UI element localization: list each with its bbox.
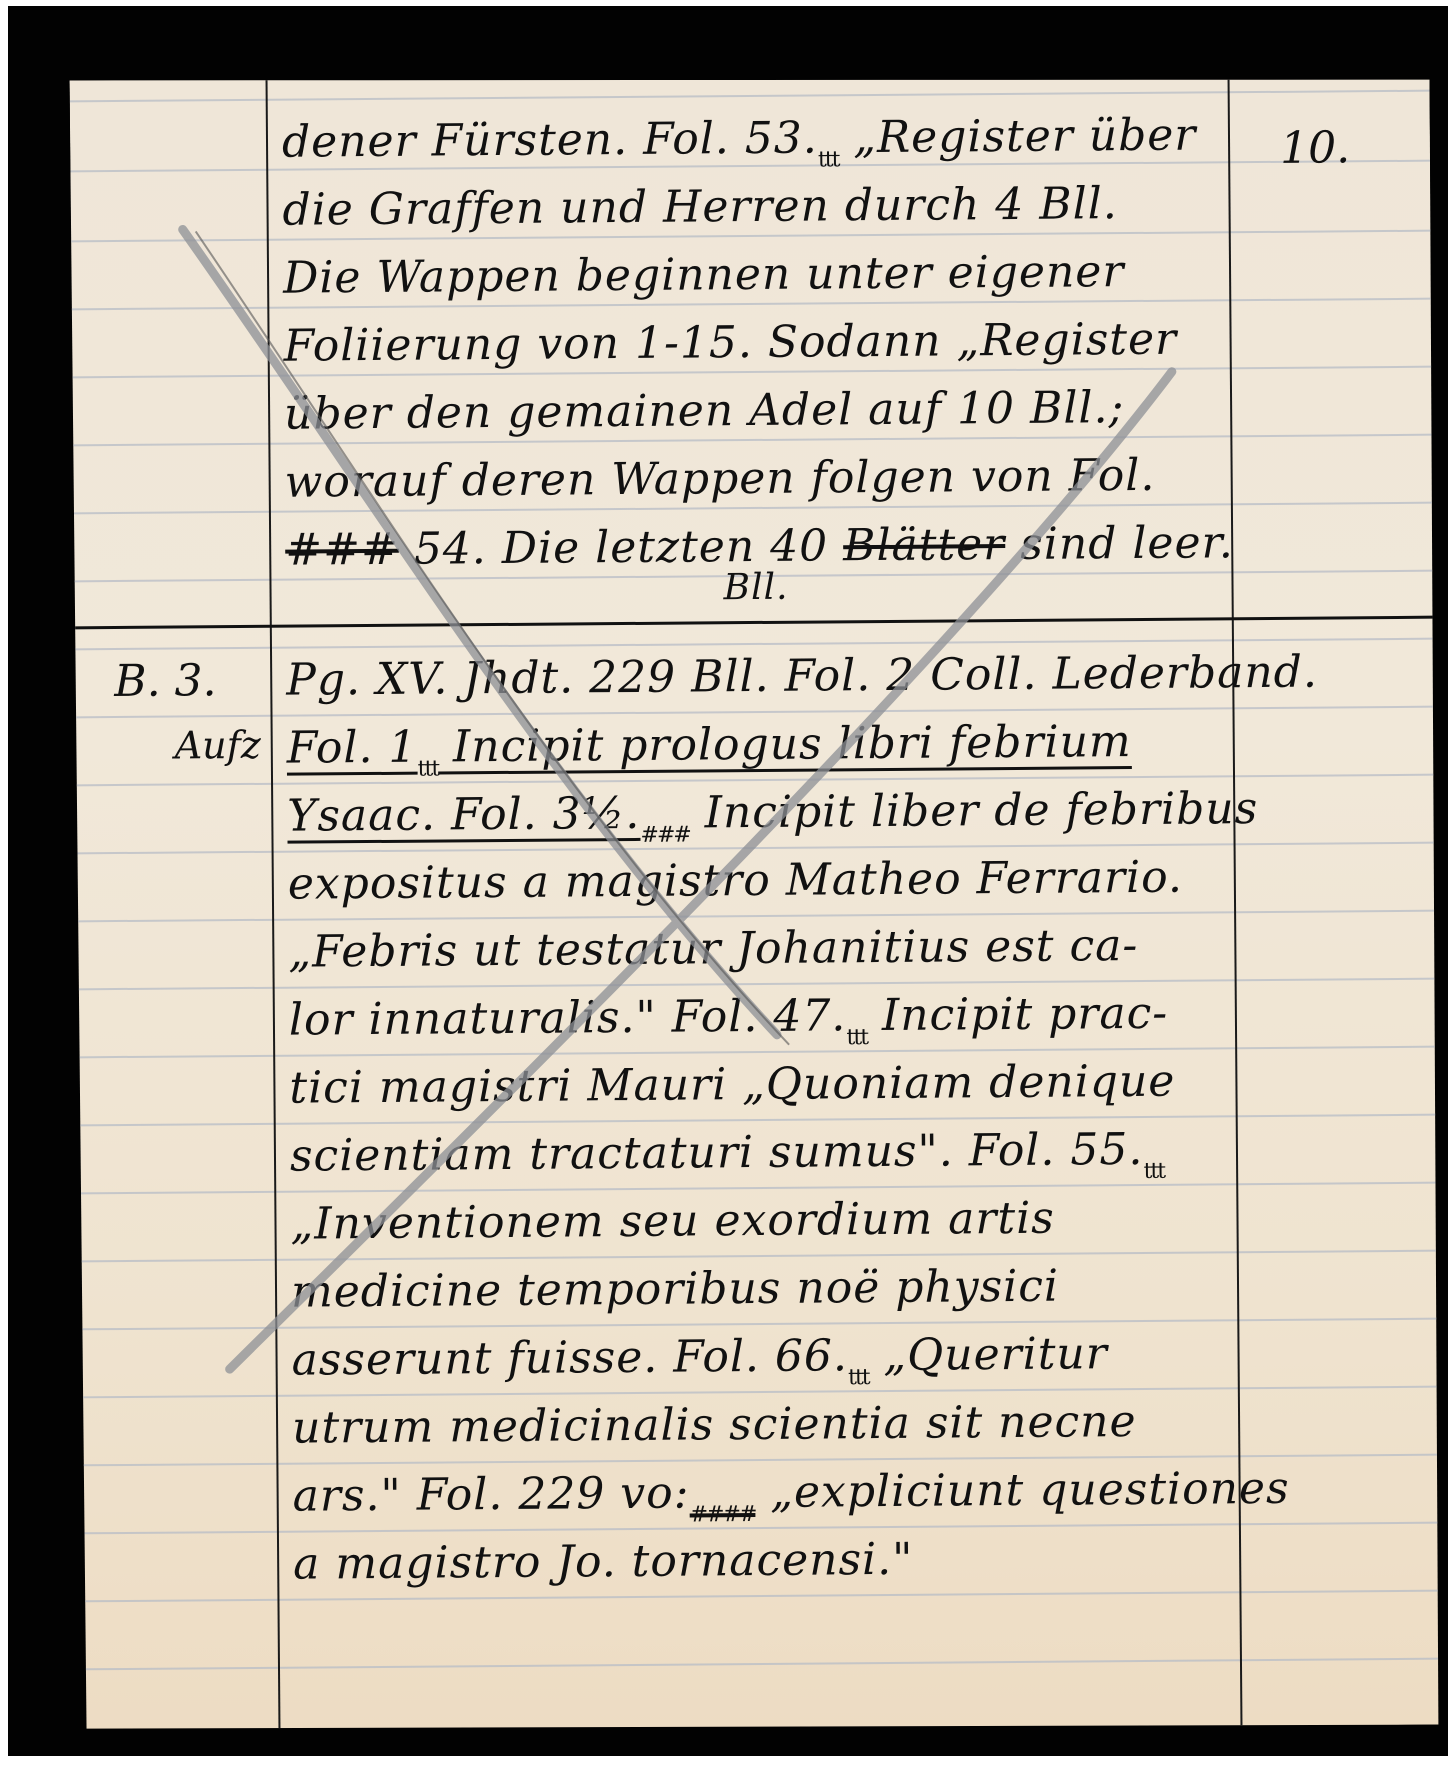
interlinear-correction: Bll. bbox=[723, 567, 788, 609]
entry-line: Fol. 1ttt Incipit prologus libri febrium bbox=[287, 716, 1132, 783]
rule-line bbox=[79, 1250, 1439, 1263]
entry-line: utrum medicinalis scientia sit necne bbox=[292, 1396, 1137, 1454]
entry-line: Pg. XV. Jhdt. 229 Bll. Fol. 2 Coll. Lede… bbox=[286, 647, 1318, 706]
rule-line bbox=[70, 90, 1430, 103]
entry-line: dener Fürsten. Fol. 53.ttt „Register übe… bbox=[282, 110, 1197, 177]
entry-line: tici magistri Mauri „Quoniam denique bbox=[289, 1056, 1175, 1114]
entry-line: Ysaac. Fol. 3½.### Incipit liber de febr… bbox=[287, 783, 1258, 851]
entry-line: Foliierung von 1-15. Sodann „Register bbox=[283, 314, 1177, 372]
entry-line: expositus a magistro Matheo Ferrario. bbox=[288, 852, 1183, 910]
entry-divider bbox=[74, 616, 1434, 630]
entry-line: worauf deren Wappen folgen von Fol. bbox=[284, 450, 1155, 508]
entry-line: „Febris ut testatur Johanitius est ca- bbox=[288, 920, 1138, 978]
shelfmark: B. 3. bbox=[114, 655, 217, 707]
rule-line bbox=[76, 910, 1436, 923]
rule-line bbox=[81, 1590, 1441, 1603]
struck-word: Blätter bbox=[843, 519, 1005, 571]
entry-line: lor innaturalis." Fol. 47.ttt Incipit pr… bbox=[289, 988, 1169, 1055]
entry-line: Die Wappen beginnen unter eigener bbox=[283, 246, 1125, 304]
entry-line: „Inventionem seu exordium artis bbox=[290, 1193, 1055, 1250]
entry-line: medicine temporibus noë physici bbox=[291, 1261, 1059, 1318]
rule-line bbox=[75, 706, 1435, 719]
entry-line: die Graffen und Herren durch 4 Bll. bbox=[282, 178, 1118, 236]
manuscript-page: 10. dener Fürsten. Fol. 53.ttt „Register… bbox=[70, 70, 1443, 1736]
entry-line: asserunt fuisse. Fol. 66.ttt „Queritur bbox=[291, 1328, 1108, 1394]
page-number: 10. bbox=[1280, 122, 1350, 174]
column-divider-left bbox=[266, 79, 281, 1734]
entry-line: a magistro Jo. tornacensi." bbox=[293, 1534, 914, 1590]
rule-line bbox=[79, 1318, 1439, 1331]
rule-line bbox=[78, 1114, 1438, 1127]
entry-line: über den gemainen Adel auf 10 Bll.; bbox=[284, 382, 1125, 440]
rule-line bbox=[82, 1658, 1442, 1671]
rule-line bbox=[77, 978, 1437, 991]
entry-line: scientiam tractaturi sumus". Fol. 55.ttt bbox=[290, 1124, 1164, 1191]
entry-line: ars." Fol. 229 vo:#### „expliciunt quest… bbox=[292, 1463, 1289, 1531]
margin-annotation: Aufz bbox=[175, 723, 261, 768]
